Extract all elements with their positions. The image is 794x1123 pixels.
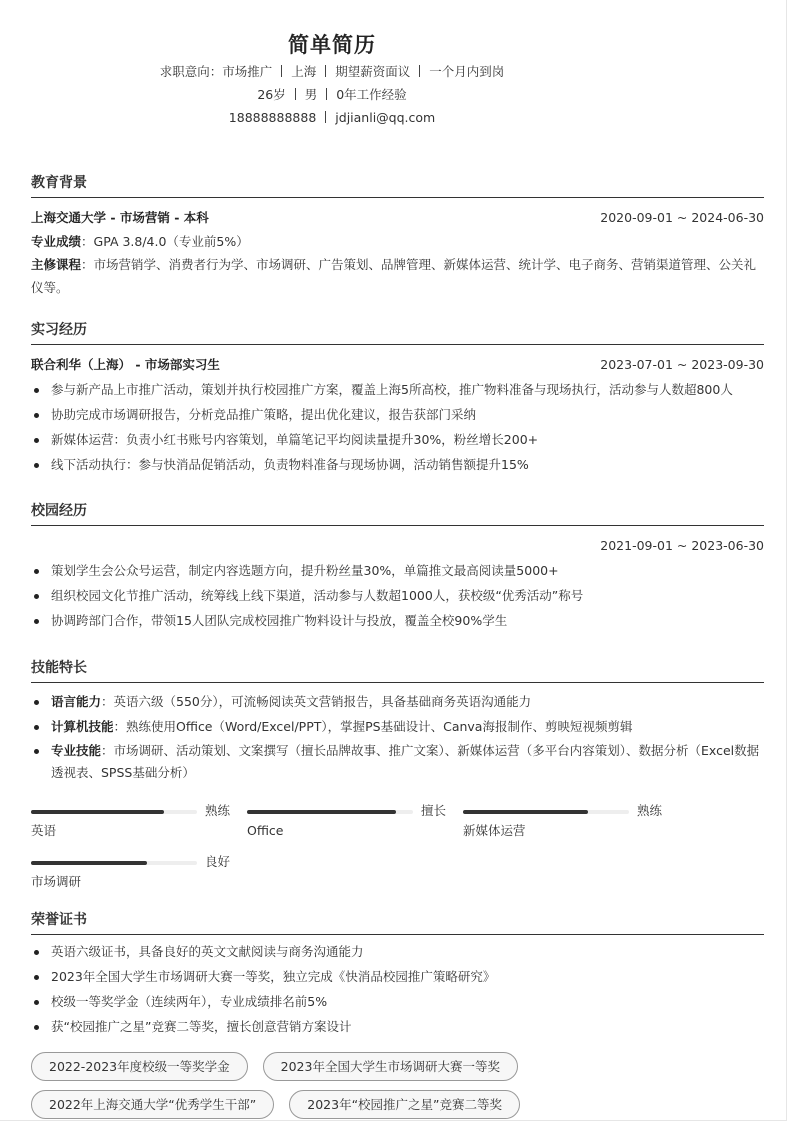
courses-value: ：市场营销学、消费者行为学、市场调研、广告策划、品牌管理、新媒体运营、统计学、电… xyxy=(31,257,756,295)
age: 26岁 xyxy=(257,87,285,102)
education-section: 教育背景 上海交通大学 - 市场营销 - 本科 2020-09-01 ~ 202… xyxy=(31,172,764,299)
campus-section: 校园经历 2021-09-01 ~ 2023-06-30 策划学生会公众号运营，… xyxy=(31,500,764,633)
job-intent-line: 求职意向：市场推广上海期望薪资面议一个月内到岗 xyxy=(0,60,664,83)
progress-fill xyxy=(31,861,147,865)
section-title: 教育背景 xyxy=(31,172,764,198)
internship-entry: 联合利华（上海） - 市场部实习生 2023-07-01 ~ 2023-09-3… xyxy=(31,353,764,377)
section-title: 校园经历 xyxy=(31,500,764,526)
list-item: 策划学生会公众号运营，制定内容选题方向，提升粉丝量30%，单篇推文最高阅读量50… xyxy=(31,558,764,583)
skill-label: 语言能力 xyxy=(51,694,101,709)
skill-label: 计算机技能 xyxy=(51,719,114,734)
skill-level: 熟练 xyxy=(205,801,230,821)
campus-date: 2021-09-01 ~ 2023-06-30 xyxy=(600,534,764,558)
list-item: 协助完成市场调研报告，分析竞品推广策略，提出优化建议，报告获部门采纳 xyxy=(31,402,764,427)
progress-track xyxy=(463,810,629,814)
divider xyxy=(281,65,282,77)
skill-name: Office xyxy=(247,821,284,841)
skill-level: 擅长 xyxy=(421,801,446,821)
skills-section: 技能特长 语言能力：英语六级（550分），可流畅阅读英文营销报告，具备基础商务英… xyxy=(31,657,764,784)
resume-page: 简单简历 求职意向：市场推广上海期望薪资面议一个月内到岗 26岁男0年工作经验 … xyxy=(0,0,787,1121)
divider xyxy=(326,88,327,100)
skill-level: 熟练 xyxy=(637,801,662,821)
list-item: 语言能力：英语六级（550分），可流畅阅读英文营销报告，具备基础商务英语沟通能力 xyxy=(31,689,764,714)
resume-title: 简单简历 xyxy=(0,30,664,60)
divider xyxy=(419,65,420,77)
job-intent: 求职意向：市场推广 xyxy=(160,64,273,79)
education-date: 2020-09-01 ~ 2024-06-30 xyxy=(600,206,764,230)
skill-name: 英语 xyxy=(31,821,56,841)
skill-bar-market-research: 良好 市场调研 xyxy=(31,852,231,896)
honor-tag: 2023年全国大学生市场调研大赛一等奖 xyxy=(263,1052,518,1081)
skill-level: 良好 xyxy=(205,852,230,872)
skills-list: 语言能力：英语六级（550分），可流畅阅读英文营销报告，具备基础商务英语沟通能力… xyxy=(31,689,764,784)
list-item: 英语六级证书，具备良好的英文文献阅读与商务沟通能力 xyxy=(31,939,764,964)
list-item: 获“校园推广之星”竞赛二等奖，擅长创意营销方案设计 xyxy=(31,1014,764,1039)
school-major-degree: 上海交通大学 - 市场营销 - 本科 xyxy=(31,206,209,230)
honor-tag: 2022年上海交通大学“优秀学生干部” xyxy=(31,1090,274,1119)
divider xyxy=(325,111,326,123)
location: 上海 xyxy=(291,64,316,79)
company-position: 联合利华（上海） - 市场部实习生 xyxy=(31,353,220,377)
list-item: 协调跨部门合作，带领15人团队完成校园推广物料设计与投放，覆盖全校90%学生 xyxy=(31,608,764,633)
progress-track xyxy=(31,861,197,865)
honors-list: 英语六级证书，具备良好的英文文献阅读与商务沟通能力 2023年全国大学生市场调研… xyxy=(31,939,764,1039)
honor-tags: 2022-2023年度校级一等奖学金 2023年全国大学生市场调研大赛一等奖 2… xyxy=(31,1052,764,1123)
gpa-label: 专业成绩 xyxy=(31,234,81,249)
skill-bar-new-media: 熟练 新媒体运营 xyxy=(463,801,663,845)
section-title: 实习经历 xyxy=(31,319,764,345)
internship-section: 实习经历 联合利华（上海） - 市场部实习生 2023-07-01 ~ 2023… xyxy=(31,319,764,477)
list-item: 组织校园文化节推广活动，统筹线上线下渠道，活动参与人数超1000人，获校级“优秀… xyxy=(31,583,764,608)
gpa-value: ：GPA 3.8/4.0（专业前5%） xyxy=(81,234,249,249)
list-item: 线下活动执行：参与快消品促销活动，负责物料准备与现场协调，活动销售额提升15% xyxy=(31,452,764,477)
honor-tag: 2023年“校园推广之星”竞赛二等奖 xyxy=(289,1090,520,1119)
courses-label: 主修课程 xyxy=(31,257,81,272)
skill-bar-english: 熟练 英语 xyxy=(31,801,231,845)
campus-entry: 2021-09-01 ~ 2023-06-30 xyxy=(31,534,764,558)
divider xyxy=(325,65,326,77)
progress-track xyxy=(31,810,197,814)
personal-info-line: 26岁男0年工作经验 xyxy=(0,83,664,106)
section-title: 荣誉证书 xyxy=(31,909,764,935)
expected-salary: 期望薪资面议 xyxy=(335,64,410,79)
list-item: 计算机技能：熟练使用Office（Word/Excel/PPT），掌握PS基础设… xyxy=(31,714,764,739)
progress-fill xyxy=(31,810,164,814)
skill-name: 市场调研 xyxy=(31,872,81,892)
list-item: 新媒体运营：负责小红书账号内容策划，单篇笔记平均阅读量提升30%，粉丝增长200… xyxy=(31,427,764,452)
list-item: 2023年全国大学生市场调研大赛一等奖，独立完成《快消品校园推广策略研究》 xyxy=(31,964,764,989)
internship-list: 参与新产品上市推广活动，策划并执行校园推广方案，覆盖上海5所高校，推广物料准备与… xyxy=(31,377,764,477)
email: jdjianli@qq.com xyxy=(335,110,435,125)
list-item: 校级一等奖学金（连续两年），专业成绩排名前5% xyxy=(31,989,764,1014)
internship-date: 2023-07-01 ~ 2023-09-30 xyxy=(600,353,764,377)
gender: 男 xyxy=(305,87,318,102)
progress-track xyxy=(247,810,413,814)
education-entry: 上海交通大学 - 市场营销 - 本科 2020-09-01 ~ 2024-06-… xyxy=(31,206,764,230)
availability: 一个月内到岗 xyxy=(429,64,504,79)
work-experience: 0年工作经验 xyxy=(336,87,406,102)
campus-list: 策划学生会公众号运营，制定内容选题方向，提升粉丝量30%，单篇推文最高阅读量50… xyxy=(31,558,764,633)
skill-bar-office: 擅长 Office xyxy=(247,801,447,845)
phone: 18888888888 xyxy=(229,110,316,125)
skill-label: 专业技能 xyxy=(51,743,101,758)
contact-line: 18888888888jdjianli@qq.com xyxy=(0,106,664,129)
resume-header: 简单简历 求职意向：市场推广上海期望薪资面议一个月内到岗 26岁男0年工作经验 … xyxy=(0,30,664,129)
progress-fill xyxy=(247,810,396,814)
gpa: 专业成绩：GPA 3.8/4.0（专业前5%） xyxy=(31,230,764,253)
courses: 主修课程：市场营销学、消费者行为学、市场调研、广告策划、品牌管理、新媒体运营、统… xyxy=(31,253,764,299)
honors-section: 荣誉证书 英语六级证书，具备良好的英文文献阅读与商务沟通能力 2023年全国大学… xyxy=(31,909,764,1039)
skill-name: 新媒体运营 xyxy=(463,821,526,841)
list-item: 参与新产品上市推广活动，策划并执行校园推广方案，覆盖上海5所高校，推广物料准备与… xyxy=(31,377,764,402)
list-item: 专业技能：市场调研、活动策划、文案撰写（擅长品牌故事、推广文案）、新媒体运营（多… xyxy=(31,739,764,784)
section-title: 技能特长 xyxy=(31,657,764,683)
honor-tag: 2022-2023年度校级一等奖学金 xyxy=(31,1052,248,1081)
divider xyxy=(295,88,296,100)
progress-fill xyxy=(463,810,588,814)
